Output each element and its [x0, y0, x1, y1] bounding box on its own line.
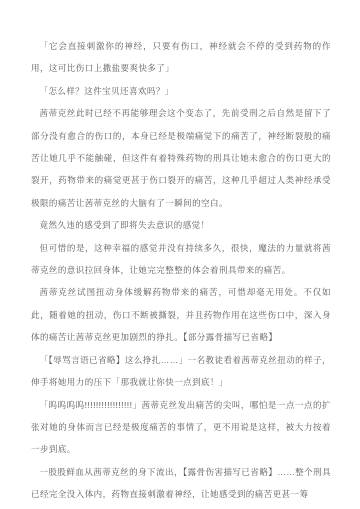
paragraph: 一股股鲜血从茜蒂克丝的身下流出，【露骨伤害描写已省略】……整个刑具已经完全没入体…: [31, 461, 331, 506]
paragraph: 但可惜的是，这种幸福的感觉并没有持续多久，很快，魔法的力量就将茜蒂克丝的意识拉回…: [31, 237, 331, 282]
novel-text-page: 「它会直接刺激你的神经，只要有伤口，神经就会不停的受到药物的作用，这可比伤口上撒…: [0, 0, 360, 509]
paragraph: 竟然久违的感受到了即将失去意识的感觉！: [31, 214, 331, 236]
paragraph: 茜蒂克丝试图扭动身体缓解药物带来的痛苦，可惜却毫无用处。不仅如此，随着她的扭动，…: [31, 281, 331, 348]
paragraph: 「呜呜呜呜!!!!!!!!!!!!!!!!!」茜蒂克丝发出痛苦的尖叫，哪怕是一点…: [31, 394, 331, 461]
paragraph: 「它会直接刺激你的神经，只要有伤口，神经就会不停的受到药物的作用，这可比伤口上撒…: [31, 35, 331, 80]
paragraph: 「怎么样？这件宝贝还喜欢吗？」: [31, 80, 331, 102]
paragraph: 「【辱骂言语已省略】这么挣扎……」一名教徒看着茜蒂克丝扭动的样子，伸手将她用力的…: [31, 349, 331, 394]
paragraph: 茜蒂克丝此时已经不再能够理会这个变态了，先前受刑之后自然是留下了部分没有愈合的伤…: [31, 102, 331, 214]
